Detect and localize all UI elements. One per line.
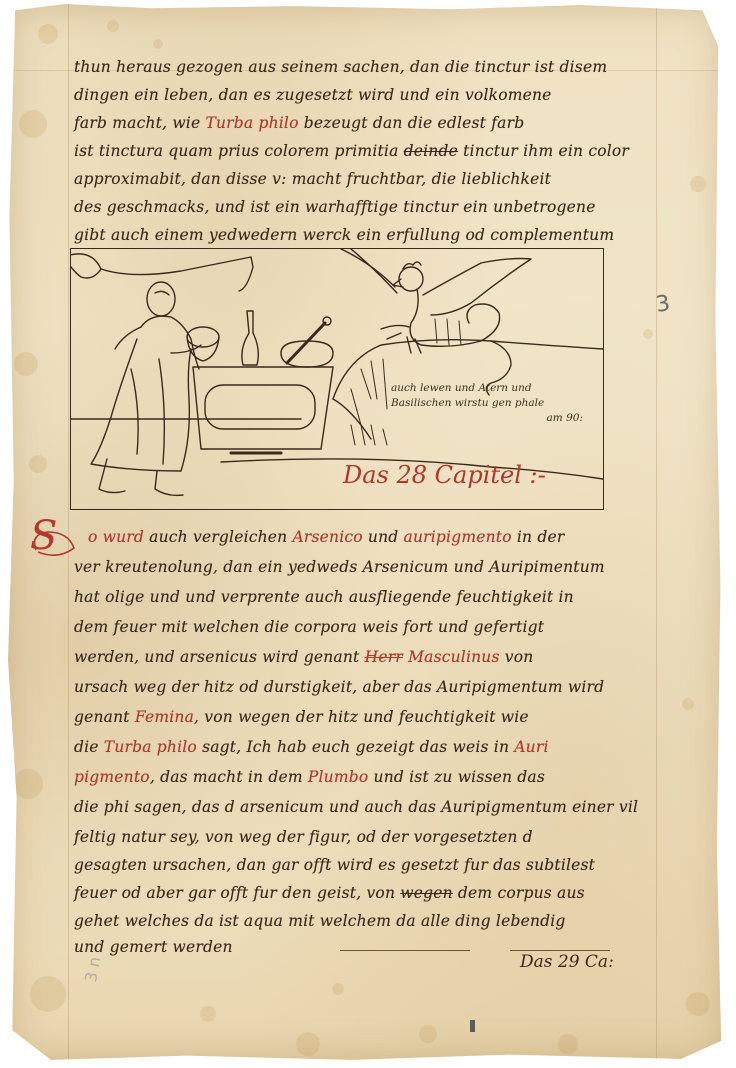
text-run: approximabit, dan disse v: macht fruchtb… <box>74 170 551 188</box>
text-run: ver kreutenolung, dan ein yedweds Arseni… <box>74 558 605 576</box>
text-run: , von wegen der hitz und feuchtigkeit wi… <box>194 708 529 726</box>
text-line: feuer od aber gar offt fur den geist, vo… <box>74 886 694 902</box>
text-line: gehet welches da ist aqua mit welchem da… <box>74 914 694 930</box>
mortar-and-pestle <box>281 317 333 367</box>
text-run: sagt, Ich hab euch gezeigt das weis in <box>197 738 514 756</box>
text-run: ist tinctura quam prius colorem primitia <box>74 142 404 160</box>
text-run: dem corpus aus <box>453 884 585 902</box>
ink-blot <box>470 1020 475 1032</box>
text-line: dingen ein leben, dan es zugesetzt wird … <box>74 88 694 104</box>
text-line: approximabit, dan disse v: macht fruchtb… <box>74 172 694 188</box>
text-line: hat olige und und verprente auch ausflie… <box>74 590 694 606</box>
text-run: gesagten ursachen, dan gar offt wird es … <box>74 856 595 874</box>
caption-line: auch lewen und Atern und <box>391 381 601 396</box>
text-line: ursach weg der hitz od durstigkeit, aber… <box>74 680 694 696</box>
text-run: , das macht in dem <box>150 768 308 786</box>
caption-reference: am 90: <box>391 411 601 426</box>
text-run: wegen <box>400 884 453 902</box>
alchemist-figure <box>91 282 219 495</box>
rubric-word: Plumbo <box>308 768 369 786</box>
rubric-word: pigmento <box>74 768 150 786</box>
table <box>193 367 333 453</box>
figure-caption: auch lewen und Atern und Basilischen wir… <box>391 381 601 426</box>
flask <box>242 311 258 365</box>
illustration-panel: auch lewen und Atern und Basilischen wir… <box>70 248 604 510</box>
rubric-word: Arsenico <box>292 528 362 546</box>
text-run: ursach weg der hitz od durstigkeit, aber… <box>74 678 604 696</box>
rubric-word: Masculinus <box>408 648 500 666</box>
line-filler <box>510 950 610 951</box>
text-run: und <box>363 528 404 546</box>
text-run: und gemert werden <box>74 938 233 956</box>
rubric-word: Turba philo <box>104 738 197 756</box>
text-run: thun heraus gezogen aus seinem sachen, d… <box>74 58 607 76</box>
text-line: dem feuer mit welchen die corpora weis f… <box>74 620 694 636</box>
text-run: werden, und arsenicus wird genant <box>74 648 365 666</box>
text-run: in der <box>512 528 565 546</box>
text-run: genant <box>74 708 135 726</box>
chapter-heading: Das 28 Capitel :- <box>343 461 546 489</box>
text-run: hat olige und und verprente auch ausflie… <box>74 588 574 606</box>
catchword: Das 29 Ca: <box>520 952 614 972</box>
text-run: gehet welches da ist aqua mit welchem da… <box>74 912 566 930</box>
text-line: pigmento, das macht in dem Plumbo und is… <box>74 770 694 786</box>
initial-flourish-icon <box>28 522 88 562</box>
text-run: auch vergleichen <box>144 528 292 546</box>
text-line: farb macht, wie Turba philo bezeugt dan … <box>74 116 694 132</box>
text-run: farb macht, wie <box>74 114 205 132</box>
text-line: gibt auch einem yedwedern werck ein erfu… <box>74 228 694 244</box>
text-line: o wurd auch vergleichen Arsenico und aur… <box>88 530 708 546</box>
text-run: tinctur ihm ein color <box>458 142 629 160</box>
text-run: des geschmacks, und ist ein warhafftige … <box>74 198 596 216</box>
text-line: feltig natur sey, von weg der figur, od … <box>74 830 694 846</box>
text-line: werden, und arsenicus wird genant Herr M… <box>74 650 694 666</box>
text-line: ver kreutenolung, dan ein yedweds Arseni… <box>74 560 694 576</box>
text-run: feuer od aber gar offt fur den geist, vo… <box>74 884 400 902</box>
text-run: dingen ein leben, dan es zugesetzt wird … <box>74 86 552 104</box>
text-run: von <box>500 648 534 666</box>
text-line: des geschmacks, und ist ein warhafftige … <box>74 200 694 216</box>
text-line: genant Femina, von wegen der hitz und fe… <box>74 710 694 726</box>
text-run: feltig natur sey, von weg der figur, od … <box>74 828 533 846</box>
rubric-word: Auri <box>514 738 548 756</box>
line-filler <box>340 950 470 951</box>
rubric-word: o wurd <box>88 528 144 546</box>
text-run: bezeugt dan die edlest farb <box>299 114 525 132</box>
rubric-word: Femina <box>135 708 194 726</box>
rubric-word: Turba philo <box>205 114 298 132</box>
text-run: und ist zu wissen das <box>368 768 545 786</box>
text-line: gesagten ursachen, dan gar offt wird es … <box>74 858 694 874</box>
text-run: dem feuer mit welchen die corpora weis f… <box>74 618 544 636</box>
text-line: thun heraus gezogen aus seinem sachen, d… <box>74 60 694 76</box>
text-run: die <box>74 738 104 756</box>
rubric-word: auripigmento <box>404 528 512 546</box>
caption-line: Basilischen wirstu gen phale <box>391 396 601 411</box>
text-line: die Turba philo sagt, Ich hab euch gezei… <box>74 740 694 756</box>
rubric-word: Herr <box>365 648 403 666</box>
text-run: deinde <box>404 142 458 160</box>
text-run: gibt auch einem yedwedern werck ein erfu… <box>74 226 614 244</box>
text-line: die phi sagen, das d arsenicum und auch … <box>74 800 694 816</box>
basilisk-figure <box>341 249 531 395</box>
text-line: ist tinctura quam prius colorem primitia… <box>74 144 694 160</box>
text-run: die phi sagen, das d arsenicum und auch … <box>74 798 638 816</box>
